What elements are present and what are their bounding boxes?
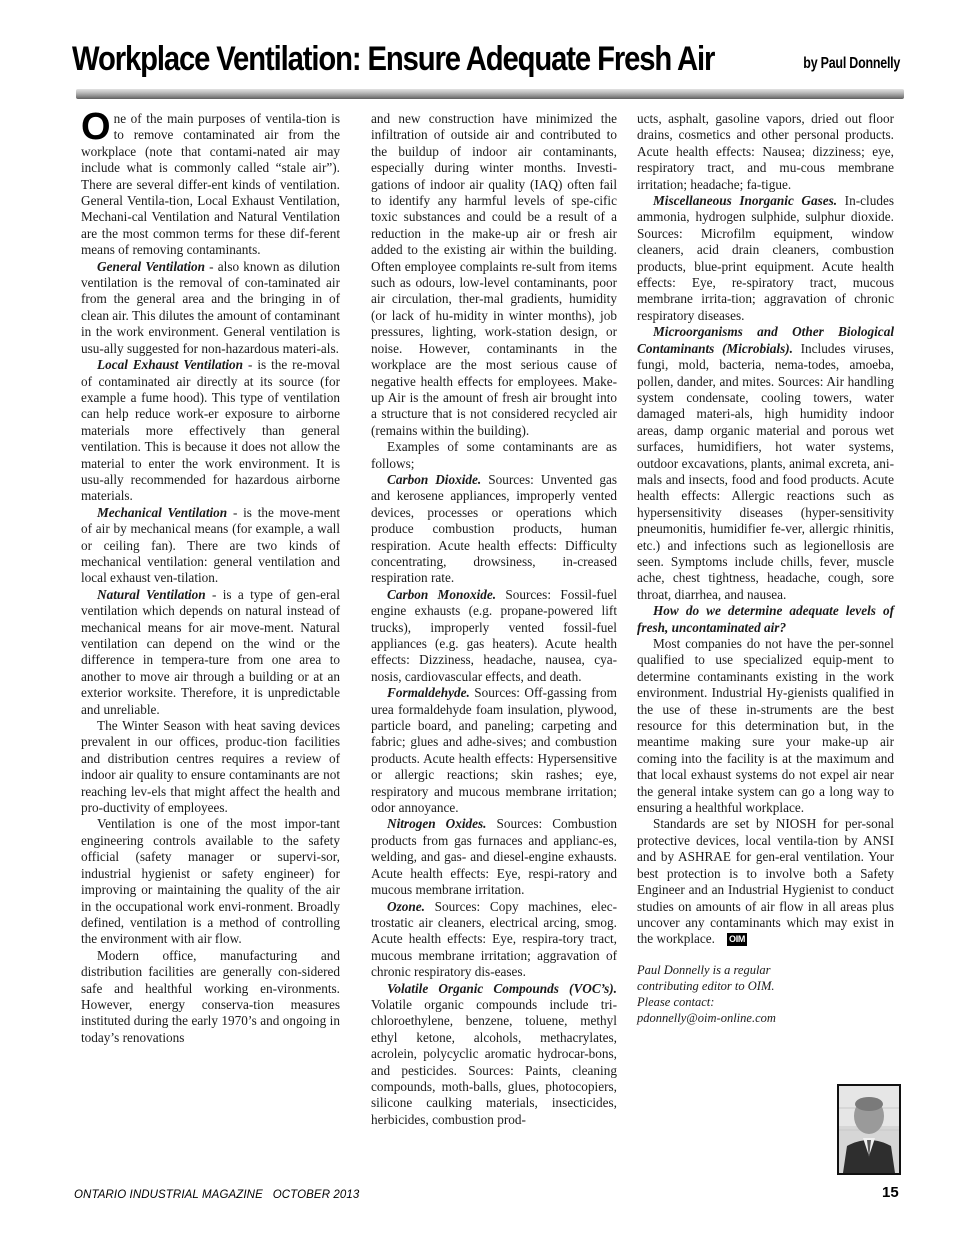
paragraph-text: ne of the main purposes of ventila-tion … — [81, 111, 340, 257]
run-in-heading: Natural Ventilation — [97, 587, 206, 602]
author-bio: Paul Donnelly is a regularcontributing e… — [637, 962, 807, 1026]
column-3: ucts, asphalt, gasoline vapors, dried ou… — [637, 111, 894, 1026]
article-paragraph: The Winter Season with heat saving devic… — [81, 718, 340, 816]
paragraph-text: and new construction have minimized the … — [371, 111, 617, 438]
author-photo — [837, 1084, 901, 1175]
paragraph-text: ucts, asphalt, gasoline vapors, dried ou… — [637, 111, 894, 192]
article-paragraph: ucts, asphalt, gasoline vapors, dried ou… — [637, 111, 894, 193]
author-photo-image — [839, 1086, 899, 1173]
run-in-heading: General Ventilation — [97, 259, 205, 274]
article-paragraph: How do we determine adequate levels of f… — [637, 603, 894, 636]
run-in-heading: Volatile Organic Compounds (VOC’s). — [387, 981, 617, 996]
run-in-heading: Miscellaneous Inorganic Gases. — [653, 193, 837, 208]
article-paragraph: Mechanical Ventilation - is the move-men… — [81, 505, 340, 587]
run-in-heading: How do we determine adequate levels of f… — [637, 603, 894, 634]
article-paragraph: Ozone. Sources: Copy machines, elec-tros… — [371, 899, 617, 981]
article-paragraph: Miscellaneous Inorganic Gases. In-cludes… — [637, 193, 894, 324]
footer-magazine-issue: ONTARIO INDUSTRIAL MAGAZINE OCTOBER 2013 — [74, 1189, 359, 1201]
article-paragraph: Standards are set by NIOSH for per-sonal… — [637, 816, 894, 947]
article-title: Workplace Ventilation: Ensure Adequate F… — [72, 40, 714, 79]
article-paragraph: Volatile Organic Compounds (VOC’s). Vola… — [371, 981, 617, 1129]
article-paragraph: Examples of some contaminants are as fol… — [371, 439, 617, 472]
article-header: Workplace Ventilation: Ensure Adequate F… — [72, 38, 902, 88]
article-paragraph: Nitrogen Oxides. Sources: Combustion pro… — [371, 816, 617, 898]
paragraph-text: The Winter Season with heat saving devic… — [81, 718, 340, 815]
paragraph-text: Includes viruses, fungi, mold, bacteria,… — [637, 341, 894, 602]
run-in-heading: Local Exhaust Ventilation — [97, 357, 243, 372]
paragraph-text: Standards are set by NIOSH for per-sonal… — [637, 816, 894, 946]
article-paragraph: Most companies do not have the per-sonne… — [637, 636, 894, 816]
article-paragraph: Microorganisms and Other Biological Cont… — [637, 324, 894, 603]
author-bio-line: contributing editor to OIM. — [637, 978, 807, 994]
paragraph-text: Modern office, manufacturing and distrib… — [81, 948, 340, 1045]
article-paragraph: One of the main purposes of ventila-tion… — [81, 111, 340, 259]
paragraph-text: Ventilation is one of the most impor-tan… — [81, 816, 340, 946]
run-in-heading: Carbon Dioxide. — [387, 472, 481, 487]
article-paragraph: Local Exhaust Ventilation - is the re-mo… — [81, 357, 340, 505]
header-rule — [76, 89, 904, 99]
article-paragraph: Formaldehyde. Sources: Off-gassing from … — [371, 685, 617, 816]
paragraph-text: Volatile organic compounds include tri-c… — [371, 997, 617, 1127]
paragraph-text: In-cludes ammonia, hydrogen sulphide, su… — [637, 193, 894, 323]
column-2: and new construction have minimized the … — [371, 111, 617, 1128]
drop-cap: O — [81, 112, 111, 142]
paragraph-text: Sources: Unvented gas and kerosene appli… — [371, 472, 617, 585]
run-in-heading: Formaldehyde. — [387, 685, 470, 700]
run-in-heading: Ozone. — [387, 899, 425, 914]
column-1: One of the main purposes of ventila-tion… — [81, 111, 340, 1046]
article-paragraph: Ventilation is one of the most impor-tan… — [81, 816, 340, 947]
article-paragraph: Carbon Dioxide. Sources: Unvented gas an… — [371, 472, 617, 587]
article-paragraph: Carbon Monoxide. Sources: Fossil-fuel en… — [371, 587, 617, 685]
article-paragraph: Modern office, manufacturing and distrib… — [81, 948, 340, 1046]
author-byline: by Paul Donnelly — [803, 55, 900, 73]
author-bio-line: Please contact: — [637, 994, 807, 1010]
paragraph-text: Sources: Off-gassing from urea formaldeh… — [371, 685, 617, 815]
paragraph-text: - is a type of gen-eral ventilation whic… — [81, 587, 340, 717]
page-number: 15 — [882, 1184, 899, 1201]
article-paragraph: Natural Ventilation - is a type of gen-e… — [81, 587, 340, 718]
paragraph-text: Examples of some contaminants are as fol… — [371, 439, 617, 470]
run-in-heading: Carbon Monoxide. — [387, 587, 496, 602]
oim-end-mark-icon: OIM — [727, 933, 747, 946]
run-in-heading: Nitrogen Oxides. — [387, 816, 486, 831]
paragraph-text: Most companies do not have the per-sonne… — [637, 636, 894, 815]
author-bio-line: Paul Donnelly is a regular — [637, 962, 807, 978]
author-email[interactable]: pdonnelly@oim-online.com — [637, 1010, 807, 1026]
paragraph-text: - is the re-moval of contaminated air di… — [81, 357, 340, 503]
article-paragraph: and new construction have minimized the … — [371, 111, 617, 439]
article-paragraph: General Ventilation - also known as dilu… — [81, 259, 340, 357]
run-in-heading: Mechanical Ventilation — [97, 505, 227, 520]
